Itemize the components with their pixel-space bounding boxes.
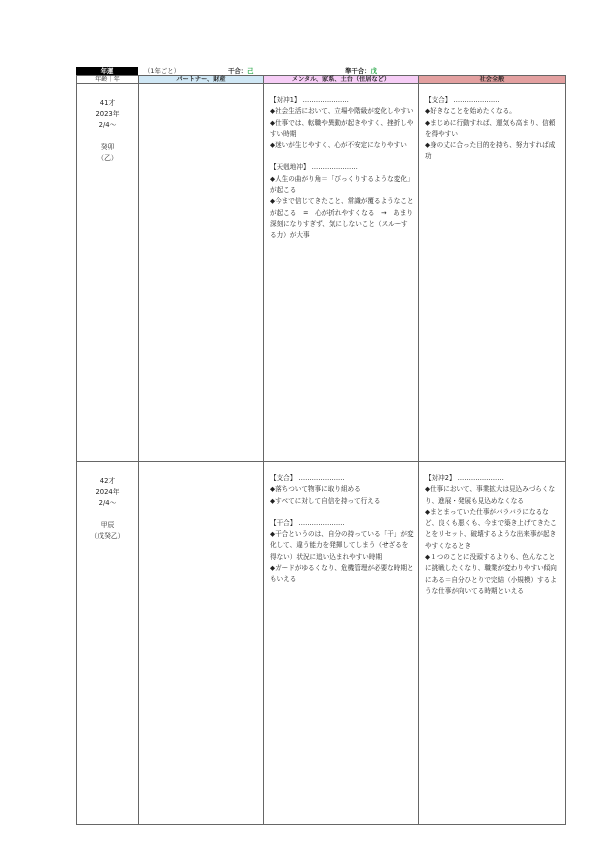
age-cell: 41才 2023年 2/4～ 癸卯 （乙） <box>77 84 139 462</box>
column-header-row: 年齢｜年 パートナー、財産 メンタル、家系、土台（住居など） 社会全般 <box>77 76 566 84</box>
age: 41才 <box>77 98 138 109</box>
note-line: ◆干合というのは、自分の持っている「干」が変化して、違う能力を発揮してしまう（せ… <box>270 529 414 563</box>
kanshi: 癸卯 <box>77 142 138 153</box>
subtitle: （1年ごと） <box>144 67 180 75</box>
social-cell: 【対冲2】 ………………… ◆仕事において、事業拡大は見込みづらくなり、進展・発… <box>419 462 566 825</box>
col-header-age: 年齢｜年 <box>77 76 139 84</box>
jun-kango-label: 準干合： <box>345 67 371 75</box>
note-block: 【天剋地冲】 ………………… ◆人生の曲がり角＝「びっくりするような変化」が起こ… <box>270 162 414 241</box>
age: 42才 <box>77 476 138 487</box>
note-block: 【対冲1】 ………………… ◆社会生活において、立場や階級が変化しやすい ◆仕事… <box>270 95 414 151</box>
note-block: 【対冲2】 ………………… ◆仕事において、事業拡大は見込みづらくなり、進展・発… <box>425 473 561 597</box>
sheet-header: 年運 （1年ごと） 干合：己 準干合：戊 <box>76 67 565 75</box>
zokan: （乙） <box>77 153 138 164</box>
social-cell: 【支合】 ………………… ◆好きなことを始めたくなる。 ◆まじめに行動すれば、運… <box>419 84 566 462</box>
note-line: ◆まとまっていた仕事がバラバラになるなど、良くも悪くも、今まで築き上げてきたこと… <box>425 507 561 552</box>
kango-label: 干合： <box>228 67 247 75</box>
note-line: ◆仕事では、転職や異動が起きやすく、挫折しやすい時期 <box>270 118 414 141</box>
note-line: ◆人生の曲がり角＝「びっくりするような変化」が起こる <box>270 174 414 197</box>
partner-cell <box>139 84 264 462</box>
mental-cell: 【対冲1】 ………………… ◆社会生活において、立場や階級が変化しやすい ◆仕事… <box>264 84 419 462</box>
note-block: 【支合】 ………………… ◆好きなことを始めたくなる。 ◆まじめに行動すれば、運… <box>425 95 561 163</box>
age-cell: 42才 2024年 2/4～ 甲辰 （戊癸乙） <box>77 462 139 825</box>
note-line: ◆落ちついて物事に取り組める <box>270 484 414 495</box>
jun-kango: 準干合：戊 <box>345 67 377 75</box>
col-header-mental: メンタル、家系、土台（住居など） <box>264 76 419 84</box>
note-title: 【対冲1】 ………………… <box>270 95 414 106</box>
start-date: 2/4～ <box>77 498 138 509</box>
note-line: ◆社会生活において、立場や階級が変化しやすい <box>270 106 414 117</box>
note-line: ◆ガードがゆるくなり、危機管理が必要な時期ともいえる <box>270 563 414 586</box>
col-header-partner: パートナー、財産 <box>139 76 264 84</box>
nenun-label: 年運 <box>76 67 138 75</box>
start-date: 2/4～ <box>77 120 138 131</box>
kango: 干合：己 <box>228 67 254 75</box>
kanshi: 甲辰 <box>77 520 138 531</box>
note-block: 【支合】 ………………… ◆落ちついて物事に取り組める ◆すべてに対して自信を持… <box>270 473 414 507</box>
note-block: 【干合】 ………………… ◆干合というのは、自分の持っている「干」が変化して、違… <box>270 518 414 586</box>
jun-kango-value: 戊 <box>371 67 377 75</box>
note-line: ◆迷いが生じやすく、心が不安定になりやすい <box>270 140 414 151</box>
year: 2024年 <box>77 487 138 498</box>
zokan: （戊癸乙） <box>77 531 138 542</box>
note-title: 【支合】 ………………… <box>425 95 561 106</box>
fortune-table: 年齢｜年 パートナー、財産 メンタル、家系、土台（住居など） 社会全般 41才 … <box>76 75 566 825</box>
fortune-sheet: 年運 （1年ごと） 干合：己 準干合：戊 年齢｜年 パートナー、財産 メンタル、… <box>76 67 565 825</box>
table-row: 42才 2024年 2/4～ 甲辰 （戊癸乙） 【支合】 ………………… ◆落ち… <box>77 462 566 825</box>
note-title: 【支合】 ………………… <box>270 473 414 484</box>
note-line: ◆まじめに行動すれば、運気も高まり、信頼を得やすい <box>425 118 561 141</box>
mental-cell: 【支合】 ………………… ◆落ちついて物事に取り組める ◆すべてに対して自信を持… <box>264 462 419 825</box>
col-header-social: 社会全般 <box>419 76 566 84</box>
note-line: ◆すべてに対して自信を持って行える <box>270 496 414 507</box>
kango-value: 己 <box>247 67 253 75</box>
note-title: 【天剋地冲】 ………………… <box>270 162 414 173</box>
year: 2023年 <box>77 109 138 120</box>
note-line: ◆仕事において、事業拡大は見込みづらくなり、進展・発展も見込めなくなる <box>425 484 561 507</box>
note-title: 【対冲2】 ………………… <box>425 473 561 484</box>
note-line: ◆身の丈に合った目的を持ち、努力すれば成功 <box>425 140 561 163</box>
note-line: ◆今まで信じてきたこと、常識が覆るようなことが起こる = 心が折れやすくなる →… <box>270 196 414 241</box>
table-row: 41才 2023年 2/4～ 癸卯 （乙） 【対冲1】 ………………… ◆社会生… <box>77 84 566 462</box>
note-line: ◆好きなことを始めたくなる。 <box>425 106 561 117</box>
partner-cell <box>139 462 264 825</box>
note-title: 【干合】 ………………… <box>270 518 414 529</box>
note-line: ◆１つのことに没頭するよりも、色んなことに挑戦したくなり、職業が変わりやすい傾向… <box>425 552 561 597</box>
